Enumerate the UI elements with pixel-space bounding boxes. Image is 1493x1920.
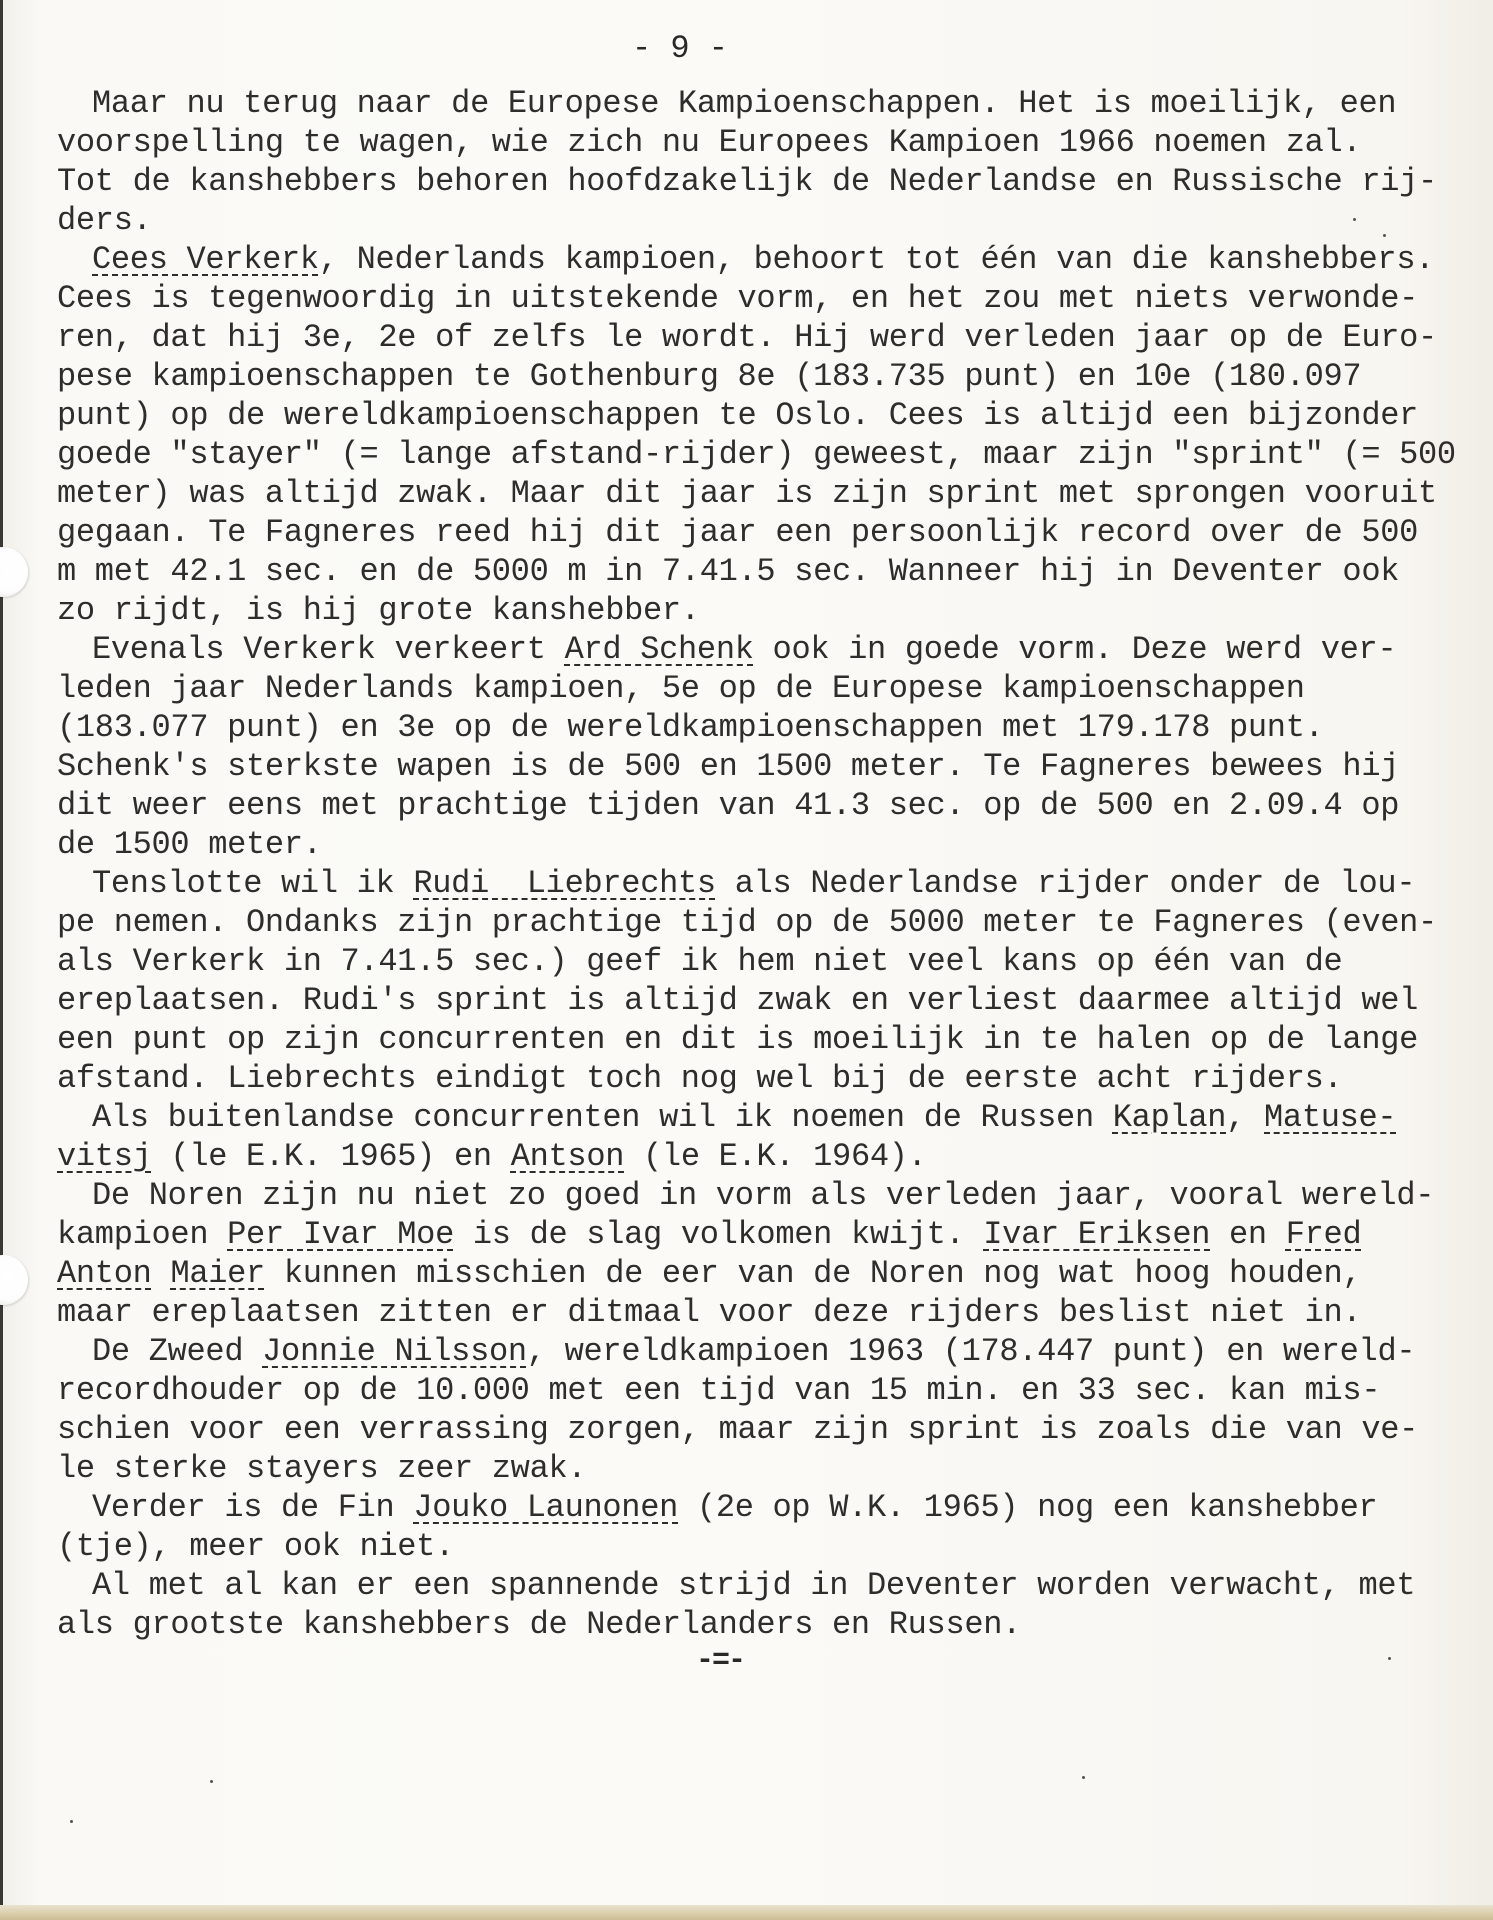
text-line: een punt op zijn concurrenten en dit is … bbox=[57, 1020, 1457, 1059]
text-segment: (2e op W.K. 1965) nog een kanshebber bbox=[678, 1489, 1377, 1526]
text-segment: zo rijdt, is hij grote kanshebber. bbox=[57, 592, 700, 629]
underlined-name: Rudi Liebrechts bbox=[413, 865, 715, 902]
text-segment: Cees is tegenwoordig in uitstekende vorm… bbox=[57, 280, 1418, 317]
text-segment: ereplaatsen. Rudi's sprint is altijd zwa… bbox=[57, 982, 1418, 1019]
text-line: vitsj (le E.K. 1965) en Antson (le E.K. … bbox=[57, 1137, 1457, 1176]
text-segment: recordhouder op de 10.000 met een tijd v… bbox=[57, 1372, 1380, 1409]
text-line: ereplaatsen. Rudi's sprint is altijd zwa… bbox=[57, 981, 1457, 1020]
text-segment: als Nederlandse rijder onder de lou- bbox=[716, 865, 1415, 902]
underlined-name: Maier bbox=[170, 1255, 265, 1292]
text-segment: , wereldkampioen 1963 (178.447 punt) en … bbox=[527, 1333, 1415, 1370]
text-line: ders. bbox=[57, 201, 1457, 240]
text-segment: (le E.K. 1964). bbox=[624, 1138, 926, 1175]
text-segment: , bbox=[1226, 1099, 1264, 1136]
text-segment: dit weer eens met prachtige tijden van 4… bbox=[57, 787, 1399, 824]
text-line: m met 42.1 sec. en de 5000 m in 7.41.5 s… bbox=[57, 552, 1457, 591]
text-segment: ook in goede vorm. Deze werd ver- bbox=[754, 631, 1397, 668]
text-line: recordhouder op de 10.000 met een tijd v… bbox=[57, 1371, 1457, 1410]
text-segment: de 1500 meter. bbox=[57, 826, 322, 863]
text-segment: als Verkerk in 7.41.5 sec.) geef ik hem … bbox=[57, 943, 1342, 980]
text-segment: en bbox=[1210, 1216, 1286, 1253]
end-mark: -=- bbox=[0, 1644, 1440, 1678]
text-segment: Schenk's sterkste wapen is de 500 en 150… bbox=[57, 748, 1399, 785]
text-line: (tje), meer ook niet. bbox=[57, 1527, 1457, 1566]
text-line: Schenk's sterkste wapen is de 500 en 150… bbox=[57, 747, 1457, 786]
text-segment: goede "stayer" (= lange afstand-rijder) … bbox=[57, 436, 1456, 473]
punch-hole-top bbox=[0, 547, 28, 597]
page-bottom-edge bbox=[0, 1905, 1493, 1920]
text-line: de 1500 meter. bbox=[57, 825, 1457, 864]
text-line: pese kampioenschappen te Gothenburg 8e (… bbox=[57, 357, 1457, 396]
ink-speck bbox=[1353, 218, 1356, 221]
underlined-name: Jouko Launonen bbox=[413, 1489, 678, 1526]
text-line: ren, dat hij 3e, 2e of zelfs le wordt. H… bbox=[57, 318, 1457, 357]
text-line: maar ereplaatsen zitten er ditmaal voor … bbox=[57, 1293, 1457, 1332]
text-segment: maar ereplaatsen zitten er ditmaal voor … bbox=[57, 1294, 1361, 1331]
underlined-name: Ivar Eriksen bbox=[983, 1216, 1210, 1253]
underlined-name: Kaplan bbox=[1113, 1099, 1226, 1136]
text-segment: meter) was altijd zwak. Maar dit jaar is… bbox=[57, 475, 1437, 512]
page-left-edge bbox=[0, 0, 3, 1920]
text-segment: Tot de kanshebbers behoren hoofdzakelijk… bbox=[57, 163, 1437, 200]
ink-speck bbox=[1388, 1657, 1391, 1660]
text-line: Evenals Verkerk verkeert Ard Schenk ook … bbox=[57, 630, 1457, 669]
text-line: Cees Verkerk, Nederlands kampioen, behoo… bbox=[57, 240, 1457, 279]
text-line: dit weer eens met prachtige tijden van 4… bbox=[57, 786, 1457, 825]
underlined-name: Per Ivar Moe bbox=[227, 1216, 454, 1253]
text-segment: kunnen misschien de eer van de Noren nog… bbox=[265, 1255, 1361, 1292]
punch-hole-bottom bbox=[0, 1255, 28, 1305]
text-segment: De Zweed bbox=[92, 1333, 262, 1370]
text-line: als grootste kanshebbers de Nederlanders… bbox=[57, 1605, 1457, 1644]
text-segment: Als buitenlandse concurrenten wil ik noe… bbox=[92, 1099, 1113, 1136]
ink-speck bbox=[1082, 1776, 1085, 1779]
ink-speck bbox=[70, 1820, 73, 1823]
text-line: als Verkerk in 7.41.5 sec.) geef ik hem … bbox=[57, 942, 1457, 981]
text-segment: als grootste kanshebbers de Nederlanders… bbox=[57, 1606, 1021, 1643]
ink-speck bbox=[210, 1780, 213, 1783]
text-line: goede "stayer" (= lange afstand-rijder) … bbox=[57, 435, 1457, 474]
text-line: voorspelling te wagen, wie zich nu Europ… bbox=[57, 123, 1457, 162]
underlined-name: Cees Verkerk bbox=[92, 241, 319, 278]
ink-speck bbox=[1383, 234, 1386, 237]
text-line: meter) was altijd zwak. Maar dit jaar is… bbox=[57, 474, 1457, 513]
text-segment: afstand. Liebrechts eindigt toch nog wel… bbox=[57, 1060, 1342, 1097]
text-segment: Maar nu terug naar de Europese Kampioens… bbox=[92, 85, 1396, 122]
document-page: - 9 - Maar nu terug naar de Europese Kam… bbox=[0, 0, 1493, 1920]
text-line: kampioen Per Ivar Moe is de slag volkome… bbox=[57, 1215, 1457, 1254]
underlined-name: Ard Schenk bbox=[565, 631, 754, 668]
underlined-name: Fred bbox=[1286, 1216, 1362, 1253]
text-line: Maar nu terug naar de Europese Kampioens… bbox=[57, 84, 1457, 123]
text-segment: Evenals Verkerk verkeert bbox=[92, 631, 565, 668]
text-segment: le sterke stayers zeer zwak. bbox=[57, 1450, 586, 1487]
text-line: afstand. Liebrechts eindigt toch nog wel… bbox=[57, 1059, 1457, 1098]
text-segment: (183.077 punt) en 3e op de wereldkampioe… bbox=[57, 709, 1324, 746]
text-segment: gegaan. Te Fagneres reed hij dit jaar ee… bbox=[57, 514, 1418, 551]
text-line: De Zweed Jonnie Nilsson, wereldkampioen … bbox=[57, 1332, 1457, 1371]
text-segment: ren, dat hij 3e, 2e of zelfs le wordt. H… bbox=[57, 319, 1437, 356]
underlined-name: Anton bbox=[57, 1255, 152, 1292]
text-line: (183.077 punt) en 3e op de wereldkampioe… bbox=[57, 708, 1457, 747]
text-segment: pe nemen. Ondanks zijn prachtige tijd op… bbox=[57, 904, 1437, 941]
text-line: De Noren zijn nu niet zo goed in vorm al… bbox=[57, 1176, 1457, 1215]
text-line: leden jaar Nederlands kampioen, 5e op de… bbox=[57, 669, 1457, 708]
text-segment: De Noren zijn nu niet zo goed in vorm al… bbox=[92, 1177, 1434, 1214]
text-segment: pese kampioenschappen te Gothenburg 8e (… bbox=[57, 358, 1361, 395]
text-segment: Tenslotte wil ik bbox=[92, 865, 413, 902]
text-segment: schien voor een verrassing zorgen, maar … bbox=[57, 1411, 1418, 1448]
text-segment: een punt op zijn concurrenten en dit is … bbox=[57, 1021, 1418, 1058]
text-line: le sterke stayers zeer zwak. bbox=[57, 1449, 1457, 1488]
text-line: Verder is de Fin Jouko Launonen (2e op W… bbox=[57, 1488, 1457, 1527]
text-segment: Al met al kan er een spannende strijd in… bbox=[92, 1567, 1415, 1604]
text-segment: leden jaar Nederlands kampioen, 5e op de… bbox=[57, 670, 1305, 707]
underlined-name: Antson bbox=[511, 1138, 624, 1175]
text-segment: voorspelling te wagen, wie zich nu Europ… bbox=[57, 124, 1361, 161]
text-line: Tot de kanshebbers behoren hoofdzakelijk… bbox=[57, 162, 1457, 201]
typed-body-text: Maar nu terug naar de Europese Kampioens… bbox=[57, 84, 1457, 1644]
text-line: punt) op de wereldkampioenschappen te Os… bbox=[57, 396, 1457, 435]
text-segment: (tje), meer ook niet. bbox=[57, 1528, 454, 1565]
text-line: Cees is tegenwoordig in uitstekende vorm… bbox=[57, 279, 1457, 318]
text-line: pe nemen. Ondanks zijn prachtige tijd op… bbox=[57, 903, 1457, 942]
text-line: schien voor een verrassing zorgen, maar … bbox=[57, 1410, 1457, 1449]
text-line: Al met al kan er een spannende strijd in… bbox=[57, 1566, 1457, 1605]
page-number: - 9 - bbox=[0, 30, 1360, 67]
text-segment: punt) op de wereldkampioenschappen te Os… bbox=[57, 397, 1418, 434]
text-segment: ders. bbox=[57, 202, 152, 239]
underlined-name: Jonnie Nilsson bbox=[262, 1333, 527, 1370]
text-segment: Verder is de Fin bbox=[92, 1489, 413, 1526]
text-line: zo rijdt, is hij grote kanshebber. bbox=[57, 591, 1457, 630]
text-line: Tenslotte wil ik Rudi Liebrechts als Ned… bbox=[57, 864, 1457, 903]
text-line: gegaan. Te Fagneres reed hij dit jaar ee… bbox=[57, 513, 1457, 552]
text-segment: (le E.K. 1965) en bbox=[152, 1138, 511, 1175]
text-segment: m met 42.1 sec. en de 5000 m in 7.41.5 s… bbox=[57, 553, 1399, 590]
text-line: Als buitenlandse concurrenten wil ik noe… bbox=[57, 1098, 1457, 1137]
underlined-name: vitsj bbox=[57, 1138, 152, 1175]
text-segment bbox=[152, 1255, 171, 1292]
text-line: Anton Maier kunnen misschien de eer van … bbox=[57, 1254, 1457, 1293]
text-segment: , Nederlands kampioen, behoort tot één v… bbox=[319, 241, 1434, 278]
underlined-name: Matuse- bbox=[1264, 1099, 1396, 1136]
text-segment: kampioen bbox=[57, 1216, 227, 1253]
text-segment: is de slag volkomen kwijt. bbox=[454, 1216, 983, 1253]
